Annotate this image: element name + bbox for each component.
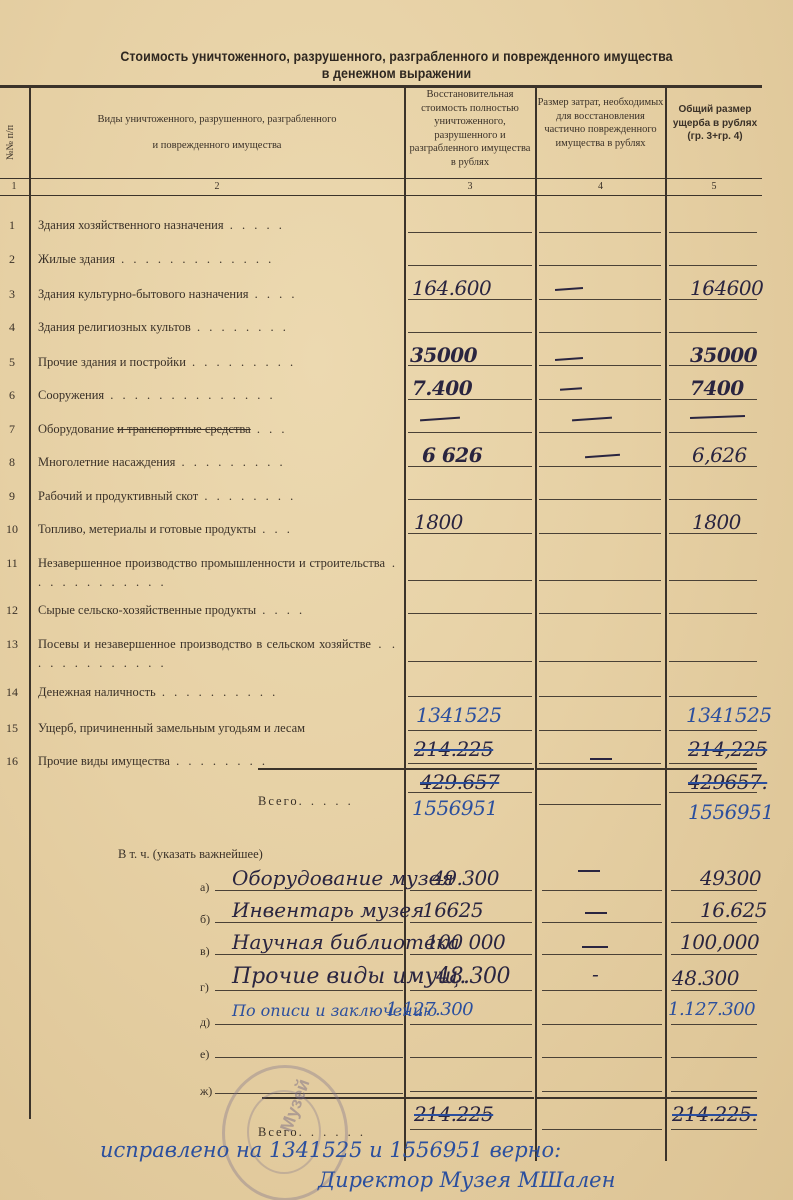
row-8-col5-line	[669, 466, 757, 467]
row-16-col4-dash	[590, 758, 612, 760]
row-16-col5-line	[669, 763, 757, 764]
row-10-col5-value: 1800	[692, 510, 741, 534]
header-bottom-border	[0, 178, 762, 179]
row-7-col4-line	[539, 432, 661, 433]
row-5-col4-line	[539, 365, 661, 366]
table-top-border	[0, 85, 762, 88]
item-v-col4-dash	[582, 946, 608, 948]
total-col3-value: 1556951	[412, 796, 498, 820]
row-10-col3-line	[408, 533, 532, 534]
col-divider-1	[29, 86, 31, 1119]
row-1-number: 1	[0, 218, 24, 233]
column-number-1: 1	[0, 181, 28, 192]
row-7-label: Оборудование и транспортные средства . .…	[38, 420, 400, 439]
row-4-number: 4	[0, 320, 24, 335]
row-6-col3-value: 7.400	[412, 376, 472, 400]
row-3-label: Здания культурно-бытового назначения . .…	[38, 285, 400, 304]
row-12-label: Сырые сельско-хозяйственные продукты . .…	[38, 601, 400, 620]
row-4-col5-line	[669, 332, 757, 333]
including-label: В т. ч. (указать важнейшее)	[118, 845, 480, 864]
item-d-col3-line	[410, 1024, 532, 1025]
row-15-col3-value: 1341525	[416, 703, 502, 727]
row-3-col5-line	[669, 299, 757, 300]
row-10-col3-value: 1800	[414, 510, 463, 534]
total-col5-struck-value: 429657.	[688, 770, 767, 794]
item-a-col3-line	[410, 890, 532, 891]
row-8-label: Многолетние насаждения . . . . . . . . .	[38, 453, 400, 472]
row-2-col5-line	[669, 265, 757, 266]
row-10-col4-line	[539, 533, 661, 534]
row-13-label: Посевы и незавершенное производство в се…	[38, 635, 398, 673]
row-4-col3-line	[408, 332, 532, 333]
row-14-col5-line	[669, 696, 757, 697]
title-line-2: в денежном выражении	[32, 65, 762, 82]
row-9-col5-line	[669, 499, 757, 500]
item-v-col5-value: 100,000	[680, 930, 759, 954]
row-8-number: 8	[0, 455, 24, 470]
item-a-col5-line	[671, 890, 757, 891]
item-zh-col5-line	[671, 1091, 757, 1092]
column-number-3: 3	[405, 181, 535, 192]
row-4-label: Здания религиозных культов . . . . . . .…	[38, 318, 400, 337]
row-14-col3-line	[408, 696, 532, 697]
item-zh-col4-line	[542, 1091, 662, 1092]
row-16-col3-value: 214.225	[414, 737, 493, 761]
row-1-label: Здания хозяйственного назначения . . . .…	[38, 216, 400, 235]
item-g-col3-line	[410, 990, 532, 991]
row-5-label: Прочие здания и постройки . . . . . . . …	[38, 353, 400, 372]
header-col-2: Виды уничтоженного, разрушенного, разгра…	[32, 113, 402, 152]
row-15-col5-value: 1341525	[686, 703, 772, 727]
row-15-col3-line	[408, 730, 532, 731]
document-title: Стоимость уничтоженного, разрушенного, р…	[32, 48, 762, 82]
row-6-col5-line	[669, 399, 757, 400]
row-4-col4-line	[539, 332, 661, 333]
item-g-text: Прочие виды имущ.	[232, 964, 466, 989]
item-v-text-line	[215, 954, 403, 955]
row-11-col5-line	[669, 580, 757, 581]
row-9-col3-line	[408, 499, 532, 500]
row-16-col4-line	[539, 763, 661, 764]
row-7-number: 7	[0, 422, 24, 437]
including-total-col3-value: 214.225	[414, 1102, 493, 1126]
including-total-col3-line	[410, 1129, 532, 1130]
row-13-number: 13	[0, 637, 24, 652]
row-14-number: 14	[0, 685, 24, 700]
item-v-col3-value: 100 000	[426, 930, 505, 954]
item-g-col4-line	[542, 990, 662, 991]
row-5-col3-value: 35000	[410, 343, 477, 367]
total-rule-col4	[537, 768, 665, 770]
including-total-col4-line	[542, 1129, 662, 1130]
row-10-col5-line	[669, 533, 757, 534]
row-3-col3-line	[408, 299, 532, 300]
header-col-5: Общий размер ущерба в рублях (гр. 3+гр. …	[668, 103, 762, 144]
row-6-col3-line	[408, 399, 532, 400]
column-number-5: 5	[666, 181, 762, 192]
item-b-col5-value: 16.625	[700, 898, 767, 922]
row-10-label: Топливо, метериалы и готовые продукты . …	[38, 520, 400, 539]
row-3-col4-line	[539, 299, 661, 300]
row-8-col3-value: 6 626	[422, 443, 482, 467]
row-12-col5-line	[669, 613, 757, 614]
row-16-number: 16	[0, 754, 24, 769]
row-16-col5-value: 214,225	[688, 737, 767, 761]
total-col3-mid-line	[408, 792, 532, 793]
item-v-col5-line	[671, 954, 757, 955]
row-1-col5-line	[669, 232, 757, 233]
item-a-col3-value: 49.300	[432, 866, 499, 890]
item-d-col5-value: 1.127.300	[668, 999, 755, 1020]
director-signature: Директор Музея МШален	[318, 1168, 615, 1192]
row-5-col4-dash	[555, 357, 583, 361]
row-12-number: 12	[0, 603, 24, 618]
row-6-col4-line	[539, 399, 661, 400]
row-13-col3-line	[408, 661, 532, 662]
column-number-2: 2	[30, 181, 404, 192]
row-6-col4-dash	[560, 387, 582, 391]
item-d-col4-line	[542, 1024, 662, 1025]
row-7-col5-dash	[690, 415, 745, 419]
item-b-col3-line	[410, 922, 532, 923]
row-2-number: 2	[0, 252, 24, 267]
row-3-col3-value: 164.600	[412, 276, 491, 300]
including-total-rule-col3	[406, 1097, 534, 1099]
row-2-col3-line	[408, 265, 532, 266]
item-b-letter: б)	[200, 912, 210, 927]
row-13-col5-line	[669, 661, 757, 662]
title-line-1: Стоимость уничтоженного, разрушенного, р…	[32, 48, 762, 65]
row-16-col3-line	[408, 763, 532, 764]
row-9-number: 9	[0, 489, 24, 504]
row-5-number: 5	[0, 355, 24, 370]
row-5-col5-value: 35000	[690, 343, 757, 367]
row-6-col5-value: 7400	[690, 376, 744, 400]
row-13-col4-line	[539, 661, 661, 662]
item-v-letter: в)	[200, 944, 210, 959]
item-a-col4-line	[542, 890, 662, 891]
correction-note: исправлено на 1341525 и 1556951 верно:	[100, 1138, 561, 1162]
row-3-col5-value: 164600	[690, 276, 763, 300]
item-v-col4-line	[542, 954, 662, 955]
total-col5-mid-line	[669, 792, 757, 793]
row-9-label: Рабочий и продуктивный скот . . . . . . …	[38, 487, 400, 506]
including-total-col5-line	[671, 1129, 757, 1130]
item-zh-col3-line	[410, 1091, 532, 1092]
item-a-col5-value: 49300	[700, 866, 761, 890]
row-11-label: Незавершенное производство промышленност…	[38, 554, 398, 592]
including-total-rule-col4	[537, 1097, 665, 1099]
item-e-text-line	[215, 1057, 403, 1058]
total-rule-left	[258, 768, 404, 770]
row-15-number: 15	[0, 721, 24, 736]
row-7-col5-line	[669, 432, 757, 433]
col-divider-4	[665, 86, 667, 1161]
header-col-1: №№ п/п	[0, 90, 28, 180]
header-col-4: Размер затрат, необходимых для восстанов…	[537, 96, 664, 150]
row-11-col4-line	[539, 580, 661, 581]
row-8-col5-value: 6,626	[692, 443, 747, 467]
including-total-rule-col5	[667, 1097, 757, 1099]
row-15-col4-line	[539, 730, 661, 731]
column-number-4: 4	[536, 181, 665, 192]
row-14-label: Денежная наличность . . . . . . . . . .	[38, 683, 400, 702]
row-2-col4-line	[539, 265, 661, 266]
row-8-col4-dash	[585, 454, 620, 458]
item-b-text-line	[215, 922, 403, 923]
row-7-col3-line	[408, 432, 532, 433]
total-col5-value: 1556951	[688, 800, 774, 824]
row-8-col4-line	[539, 466, 661, 467]
row-1-col3-line	[408, 232, 532, 233]
row-7-col3-dash	[420, 417, 460, 422]
total-label: Всего. . . . .	[258, 792, 398, 811]
item-a-text: Оборудование музея	[232, 866, 454, 890]
row-12-col4-line	[539, 613, 661, 614]
item-b-col4-line	[542, 922, 662, 923]
row-12-col3-line	[408, 613, 532, 614]
item-g-letter: г)	[200, 980, 209, 995]
row-9-col4-line	[539, 499, 661, 500]
item-a-letter: а)	[200, 880, 209, 895]
item-g-text-line	[215, 990, 403, 991]
row-8-col3-line	[408, 466, 532, 467]
item-e-col3-line	[410, 1057, 532, 1058]
total-col3-struck-value: 429.657	[420, 770, 499, 794]
col-divider-3	[535, 86, 537, 1161]
row-3-number: 3	[0, 287, 24, 302]
item-b-text: Инвентарь музея	[232, 898, 424, 922]
row-10-number: 10	[0, 522, 24, 537]
row-7-col4-dash	[572, 417, 612, 422]
item-zh-letter: ж)	[200, 1084, 212, 1099]
item-d-text-line	[215, 1024, 403, 1025]
row-6-number: 6	[0, 388, 24, 403]
item-b-col5-line	[671, 922, 757, 923]
item-g-col5-line	[671, 990, 757, 991]
item-a-text-line	[215, 890, 403, 891]
item-d-letter: д)	[200, 1015, 210, 1030]
item-e-letter: е)	[200, 1047, 209, 1062]
item-b-col3-value: 16625	[422, 898, 483, 922]
item-e-col5-line	[671, 1057, 757, 1058]
row-15-label: Ущерб, причиненный замельным угодьям и л…	[38, 719, 400, 738]
row-11-col3-line	[408, 580, 532, 581]
item-d-col5-line	[671, 1024, 757, 1025]
row-11-number: 11	[0, 556, 24, 571]
header-col-3: Восстановительная стоимость полностью ун…	[406, 88, 534, 169]
row-2-label: Жилые здания . . . . . . . . . . . . .	[38, 250, 400, 269]
item-g-col3-value: 48.300	[436, 964, 510, 989]
item-a-col4-dash	[578, 870, 600, 872]
item-g-col4-value: -	[592, 962, 598, 986]
item-v-col3-line	[410, 954, 532, 955]
item-b-col4-dash	[585, 912, 607, 914]
item-e-col4-line	[542, 1057, 662, 1058]
row-14-col4-line	[539, 696, 661, 697]
row-6-label: Сооружения . . . . . . . . . . . . . .	[38, 386, 400, 405]
row-5-col5-line	[669, 365, 757, 366]
row-15-col5-line	[669, 730, 757, 731]
item-g-col5-value: 48.300	[672, 966, 739, 990]
row-3-col4-dash	[555, 287, 583, 291]
row-5-col3-line	[408, 365, 532, 366]
column-numbers-bottom-border	[0, 195, 762, 196]
item-d-col3-value: 1.127.300	[386, 999, 473, 1020]
row-1-col4-line	[539, 232, 661, 233]
including-total-col5-value: 214.225.	[672, 1102, 757, 1126]
total-col4-line	[539, 804, 661, 805]
